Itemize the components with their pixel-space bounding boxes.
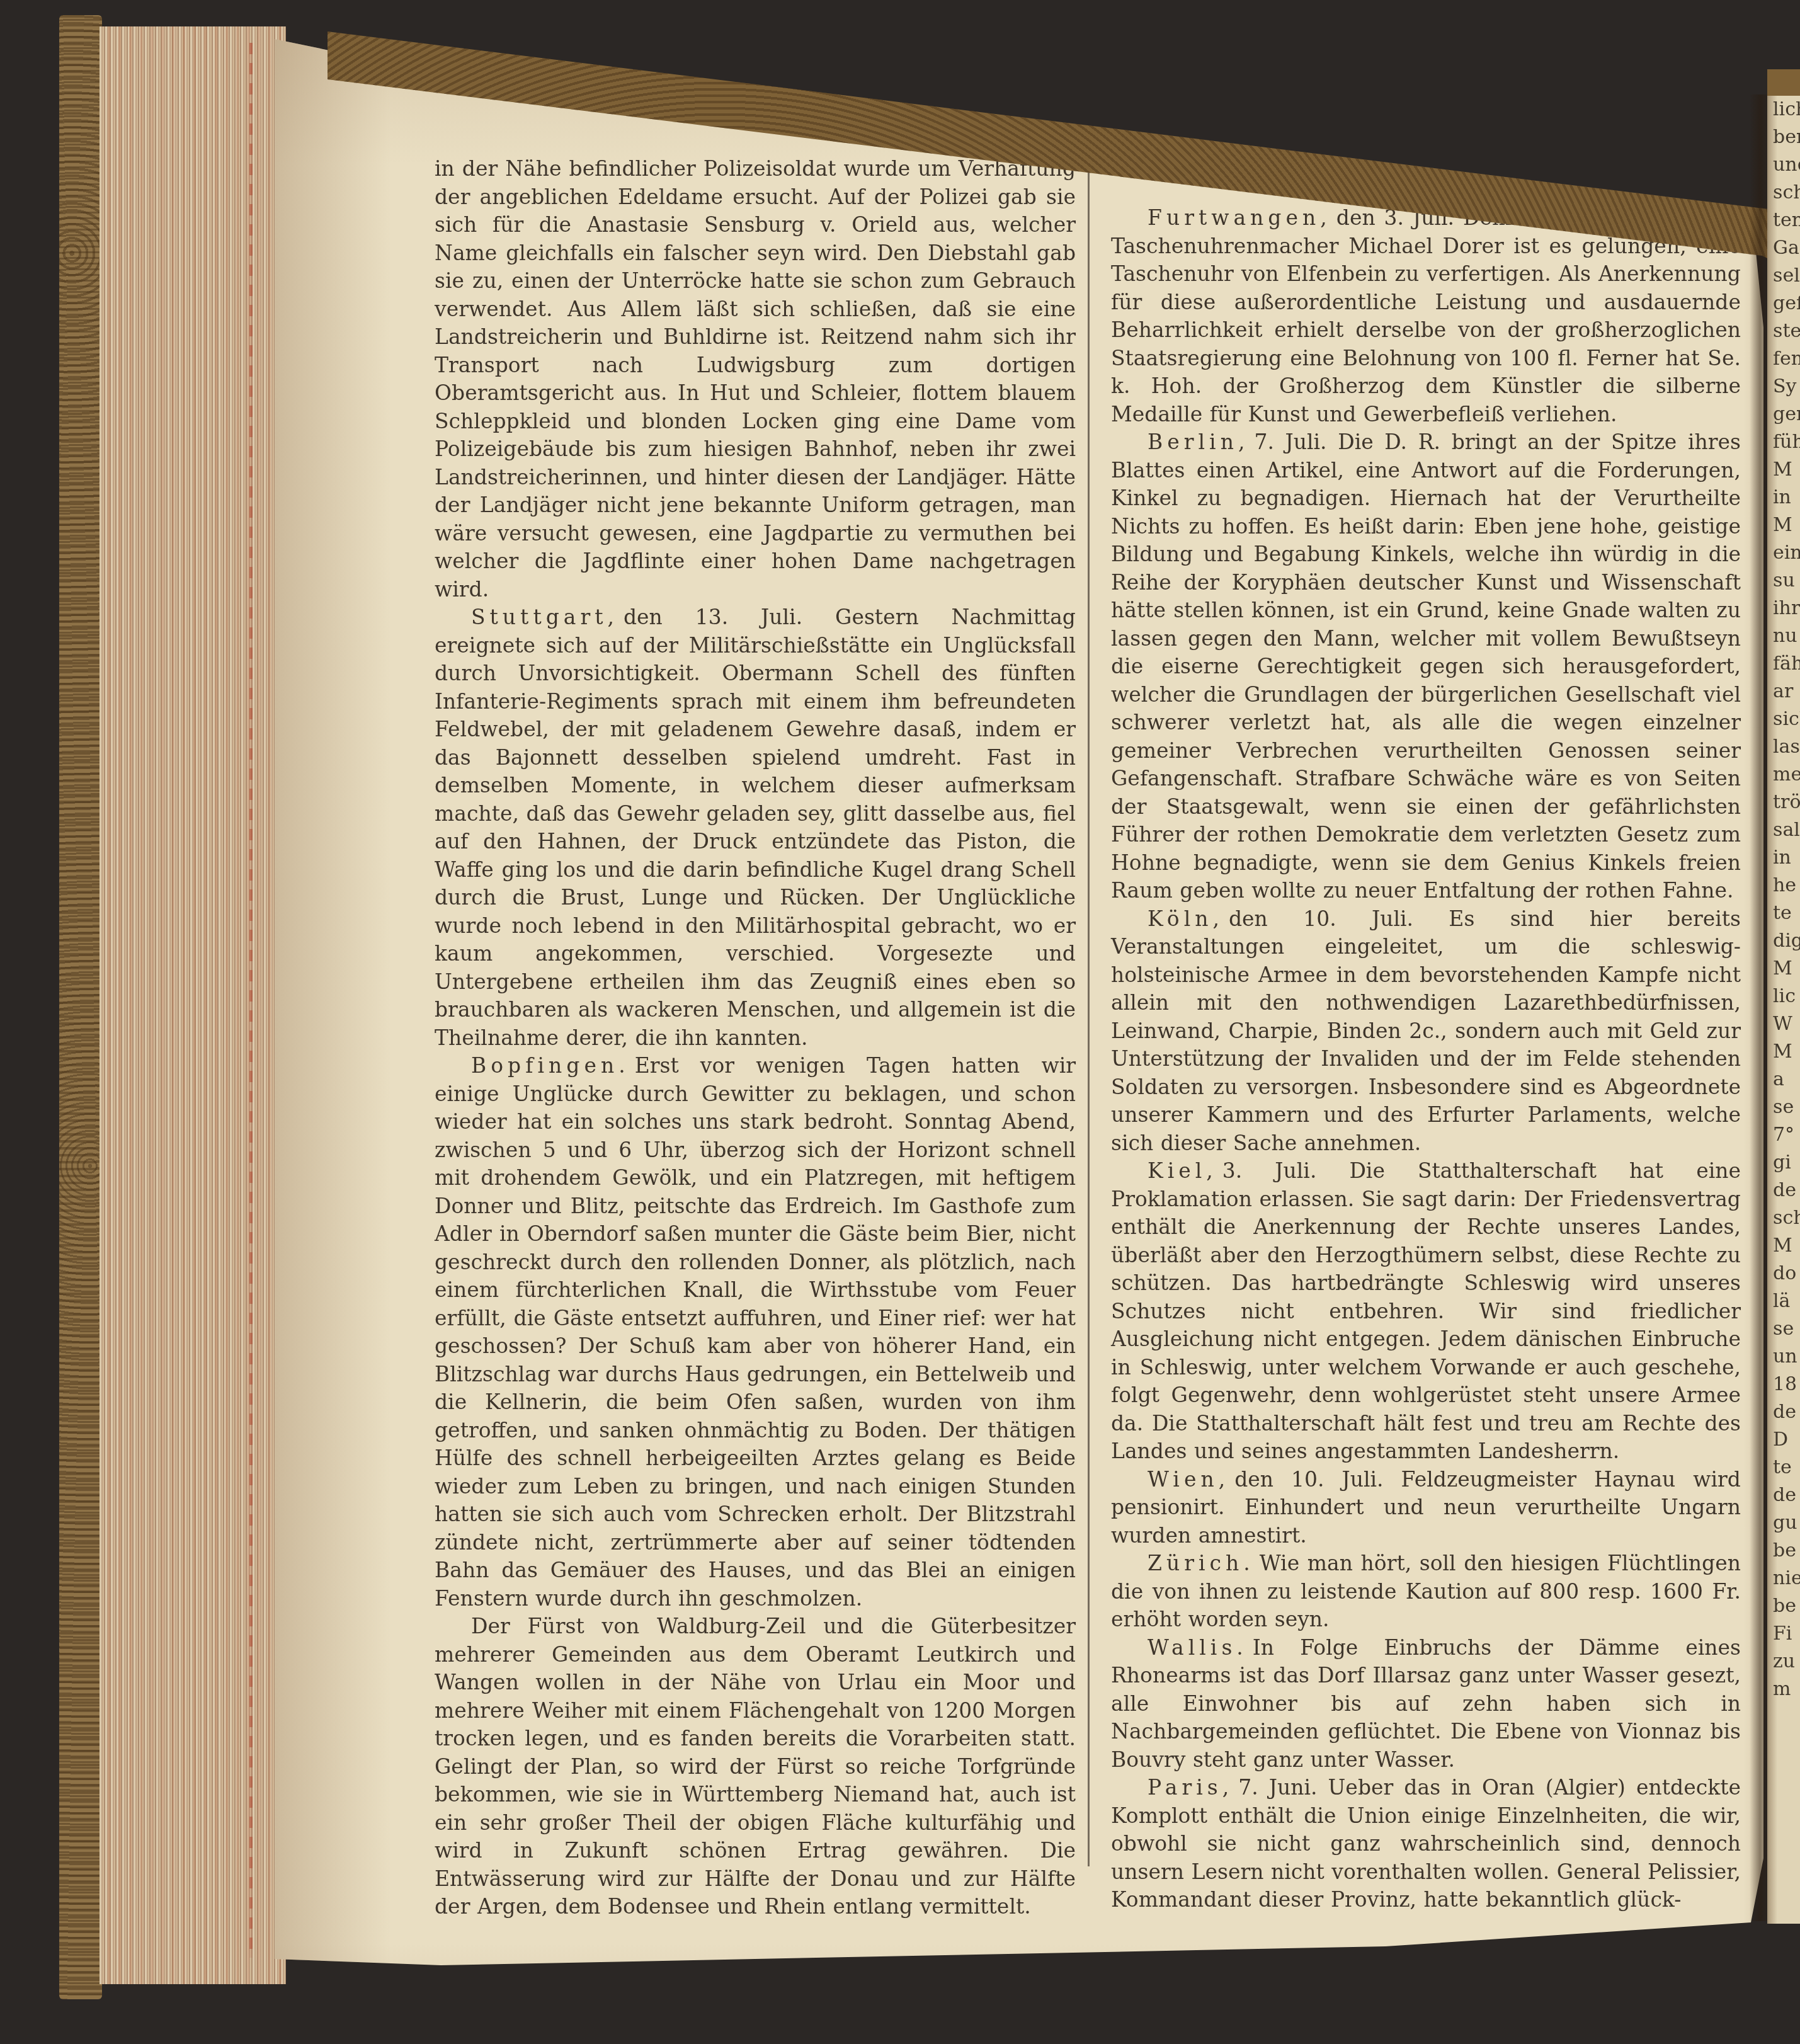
next-page-fragment: Sy <box>1769 373 1800 401</box>
next-page-fragment: te <box>1769 899 1800 927</box>
next-page-fragment: gi <box>1769 1149 1800 1177</box>
next-page-fragment: M <box>1769 955 1800 983</box>
paragraph: Köln,den 10. Juli. Es sind hier bereits … <box>1111 905 1741 1158</box>
paragraph-text: 7. Juli. Die D. R. bringt an der Spitze … <box>1111 430 1741 903</box>
next-page-fragment: und <box>1769 151 1800 179</box>
next-page-fragment: sch <box>1769 1204 1800 1232</box>
dateline: Furtwangen, <box>1148 205 1331 230</box>
next-page-fragment: ar <box>1769 678 1800 705</box>
next-page-fragment: las <box>1769 733 1800 761</box>
paragraph: Der Fürst von Waldburg-Zeil und die Güte… <box>435 1613 1076 1921</box>
paragraph: Wien,den 10. Juli. Feldzeugmeister Hayna… <box>1111 1466 1741 1550</box>
next-page-fragment: trö <box>1769 789 1800 816</box>
next-page-fragment: lich <box>1769 96 1800 123</box>
next-page-fragment: fen <box>1769 345 1800 373</box>
next-page-fragment: M <box>1769 511 1800 539</box>
next-page-fragment: de <box>1769 1177 1800 1204</box>
dateline: Köln, <box>1148 906 1224 931</box>
book-cover-left-edge <box>59 15 102 1999</box>
next-page-fragment: schr <box>1769 179 1800 207</box>
right-column: Tages-Neuigkeiten. Furtwangen,den 3. Jul… <box>1111 155 1741 1914</box>
next-page-fragment: in <box>1769 484 1800 511</box>
next-page-fragment: M <box>1769 1038 1800 1066</box>
book-scan-photo: { "header": { "page_number": "234", "orn… <box>0 0 1800 2044</box>
next-page-fragment: M <box>1769 456 1800 484</box>
next-page-fragment: D <box>1769 1426 1800 1454</box>
paragraph: Bopfingen.Erst vor wenigen Tagen hatten … <box>435 1052 1076 1613</box>
next-page-fragment: gef <box>1769 290 1800 317</box>
next-page-fragment: a <box>1769 1066 1800 1093</box>
next-page-fragment: füh <box>1769 428 1800 456</box>
next-page-fragment: M <box>1769 1232 1800 1260</box>
page-stack-fore-edge <box>100 26 286 1984</box>
next-page-fragment: te <box>1769 1454 1800 1482</box>
next-page-fragment: de <box>1769 1398 1800 1426</box>
paragraph: Berlin,7. Juli. Die D. R. bringt an der … <box>1111 428 1741 905</box>
next-page-fragment: me <box>1769 761 1800 789</box>
next-page-fragment: lic <box>1769 983 1800 1010</box>
dateline: Zürich. <box>1148 1551 1255 1575</box>
paragraph-text: in der Nähe befindlicher Polizeisoldat w… <box>435 156 1076 602</box>
next-page-fragment: se <box>1769 1093 1800 1121</box>
paragraph-text: 3. Juli. Die Statthalterschaft hat eine … <box>1111 1158 1741 1463</box>
paragraph-text: Der Fürst von Waldburg-Zeil und die Güte… <box>435 1614 1076 1919</box>
facing-page-sliver: lichberundschrtenGasellgefstelfenSygerfü… <box>1767 96 1800 1924</box>
next-page-fragment: Ga <box>1769 234 1800 262</box>
paragraph: Zürich.Wie man hört, soll den hiesigen F… <box>1111 1550 1741 1634</box>
next-page-fragment: gu <box>1769 1509 1800 1537</box>
next-page-fragment: ihr <box>1769 595 1800 622</box>
folio-ornament-right: ~~ <box>1061 78 1124 108</box>
next-page-fragment: stel <box>1769 317 1800 345</box>
dateline: Kiel, <box>1148 1158 1217 1183</box>
dateline: Paris, <box>1148 1775 1233 1800</box>
page-number: 234 <box>978 74 1049 111</box>
facing-page-top-edge <box>1767 69 1800 96</box>
next-page-fragment: un <box>1769 1343 1800 1371</box>
column-divider-rule <box>1088 163 1090 1866</box>
next-page-fragment: 7° <box>1769 1121 1800 1149</box>
next-page-fragment: su <box>1769 567 1800 595</box>
next-page-fragment: ber <box>1769 123 1800 151</box>
paragraph: Paris,7. Juni. Ueber das in Oran (Algier… <box>1111 1774 1741 1914</box>
paragraph: in der Nähe befindlicher Polizeisoldat w… <box>435 155 1076 603</box>
folio-ornament-left: ~~ <box>904 78 967 108</box>
next-page-fragment: sich <box>1769 705 1800 733</box>
paragraph-text: den 13. Juli. Gestern Nachmittag ereigne… <box>435 605 1076 1050</box>
dateline: Bopfingen. <box>471 1053 630 1078</box>
paragraph: Wallis.In Folge Einbruchs der Dämme eine… <box>1111 1634 1741 1774</box>
dateline: Wallis. <box>1148 1635 1248 1660</box>
next-page-fragment: in <box>1769 844 1800 872</box>
dateline: Wien, <box>1148 1467 1229 1492</box>
next-page-fragment: be <box>1769 1537 1800 1565</box>
next-page-fragment: Fi <box>1769 1620 1800 1648</box>
next-page-fragment: W <box>1769 1010 1800 1038</box>
next-page-fragment: nu <box>1769 622 1800 650</box>
red-marbled-edge-line <box>249 43 253 1958</box>
paragraph-text: Erst vor wenigen Tagen hatten wir einige… <box>435 1053 1076 1611</box>
next-page-fragment: zu <box>1769 1648 1800 1676</box>
next-page-fragment: ger <box>1769 401 1800 428</box>
paragraph: Stuttgart,den 13. Juli. Gestern Nachmitt… <box>435 603 1076 1052</box>
next-page-fragment: se <box>1769 1315 1800 1343</box>
next-page-fragment: be <box>1769 1592 1800 1620</box>
next-page-fragment: lä <box>1769 1287 1800 1315</box>
next-page-fragment: do <box>1769 1260 1800 1287</box>
left-column: in der Nähe befindlicher Polizeisoldat w… <box>435 155 1076 1921</box>
next-page-fragment: fäh <box>1769 650 1800 678</box>
next-page-fragment: de <box>1769 1482 1800 1509</box>
next-page-fragment: nie <box>1769 1565 1800 1592</box>
paragraph: Kiel,3. Juli. Die Statthalterschaft hat … <box>1111 1157 1741 1466</box>
next-page-fragment: sal <box>1769 816 1800 844</box>
next-page-fragment: sell <box>1769 262 1800 290</box>
next-page-fragment: dig <box>1769 927 1800 955</box>
paragraph-text: den 10. Juli. Es sind hier bereits Veran… <box>1111 906 1741 1155</box>
gutter-shadow <box>1750 94 1769 1921</box>
dateline: Berlin, <box>1148 430 1249 454</box>
next-page-fragment: m <box>1769 1676 1800 1703</box>
next-page-fragment: ein <box>1769 539 1800 567</box>
next-page-fragment: 18 <box>1769 1371 1800 1398</box>
dateline: Stuttgart, <box>471 605 618 629</box>
next-page-fragment: ten <box>1769 207 1800 234</box>
next-page-fragment: he <box>1769 872 1800 899</box>
